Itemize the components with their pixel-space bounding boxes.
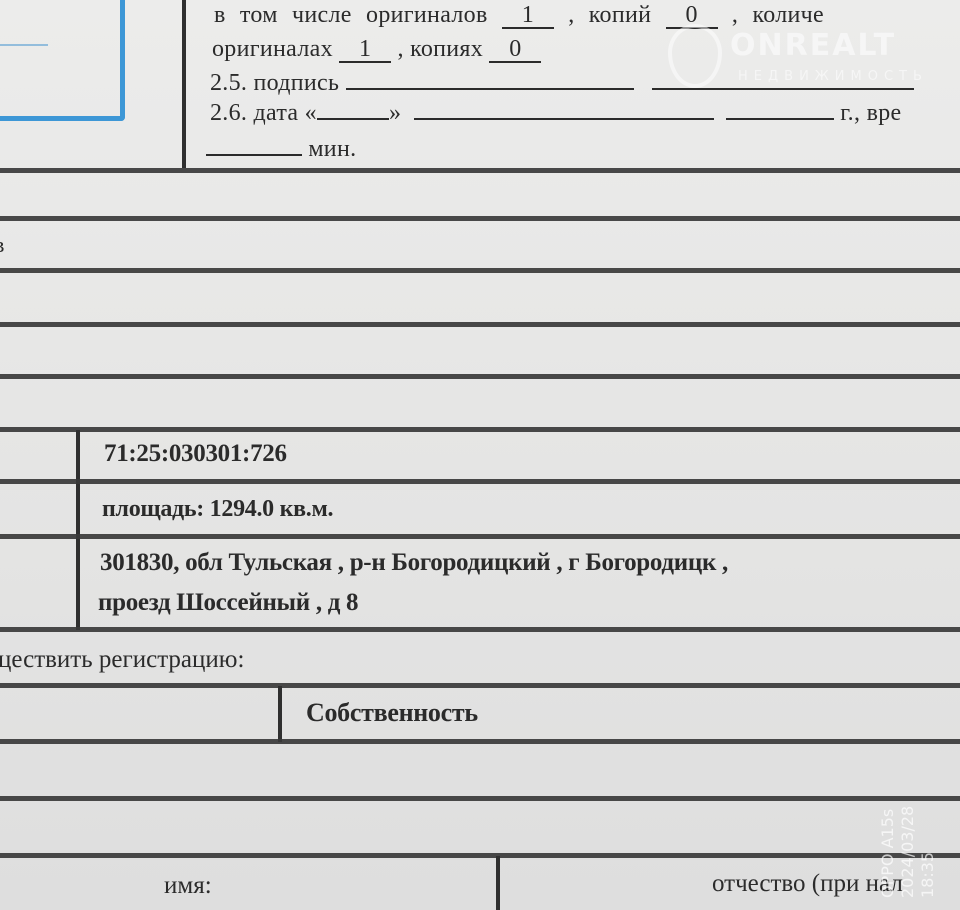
stamp-line [0,44,48,46]
first-name-label: имя: [164,872,212,900]
table-rule [0,479,960,484]
signature-name-field[interactable] [652,70,914,90]
table-rule [0,683,960,688]
date-day-field[interactable] [317,100,389,120]
originals-line-2: оригиналах 1 , копиях 0 [212,36,541,63]
table-rule [0,168,960,173]
table-rule [0,627,960,632]
right-type-value: Собственность [306,698,478,728]
table-rule [0,427,960,432]
patronymic-label: отчество (при нал [712,870,903,898]
copies-count-field-2[interactable]: 0 [489,37,541,63]
table-rule [0,796,960,801]
copies-count-field[interactable]: 0 [666,3,718,29]
originals-count-field-2[interactable]: 1 [339,37,391,63]
registration-label: цествить регистрацию: [0,646,244,674]
originals-count-field[interactable]: 1 [502,3,554,29]
table-rule [0,322,960,327]
address-line-2: проезд Шоссейный , д 8 [98,589,358,617]
cadastral-number: 71:25:030301:726 [104,440,287,468]
table-rule [0,739,960,744]
left-edge-fragment: в [0,232,4,258]
person-row-divider [496,856,500,910]
property-area: площадь: 1294.0 кв.м. [102,496,333,523]
header-box-border [182,0,186,168]
signature-field[interactable] [346,70,634,90]
table-rule [0,374,960,379]
date-year-field[interactable] [726,100,834,120]
table-rule [0,268,960,273]
address-line-1: 301830, обл Тульская , р-н Богородицкий … [100,549,728,577]
minutes-field[interactable] [206,136,302,156]
originals-line: в том числе оригиналов 1 , копий 0 , кол… [214,2,824,29]
camera-timestamp: OPPO A15s 2024/03/28 18:35 [878,806,938,898]
minutes-line: мин. [206,136,356,163]
table-rule [0,853,960,858]
signature-line: 2.5. подпись [210,70,914,97]
property-table-divider [76,430,80,630]
table-rule [0,216,960,221]
blue-stamp-frame [0,0,125,121]
date-month-field[interactable] [414,100,714,120]
table-rule [0,534,960,539]
date-line: 2.6. дата «» г., вре [210,100,901,127]
right-type-divider [278,686,282,742]
